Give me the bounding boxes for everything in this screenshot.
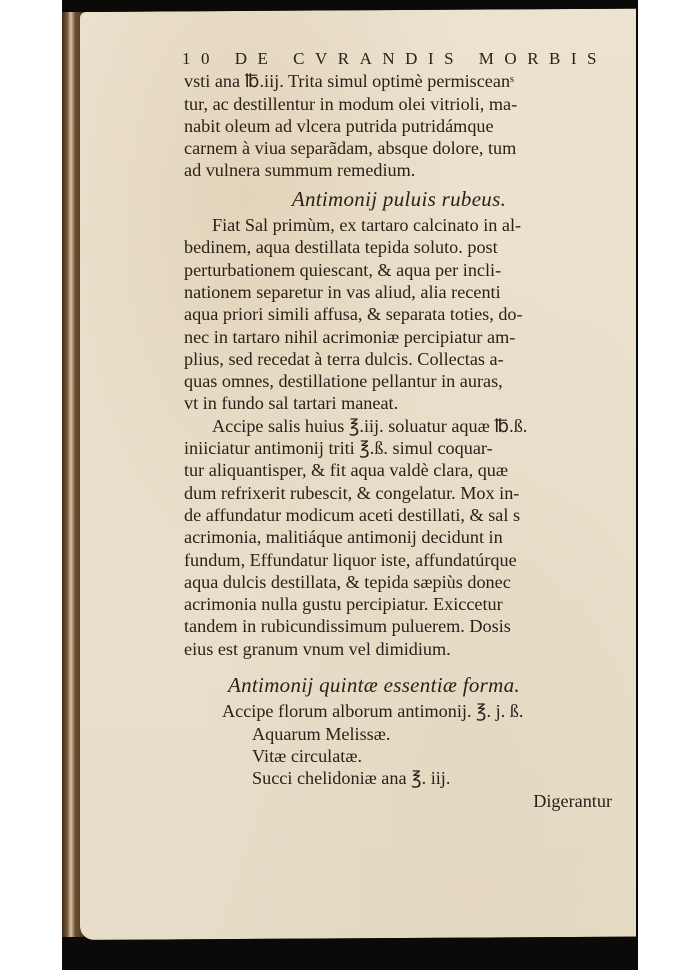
running-head-title: DE CVRANDIS MORBIS: [235, 49, 607, 68]
page-number: 10: [182, 49, 220, 68]
section-heading: Antimonij quintæ essentiæ forma.: [184, 674, 614, 696]
text-line: iniiciatur antimonij triti ℥.ß. simul co…: [184, 437, 614, 459]
paragraph-3: Accipe salis huius ℥.iij. soluatur aquæ …: [184, 415, 614, 660]
text-line: tandem in rubicundissimum puluerem. Dosi…: [184, 615, 614, 637]
text-line: de affundatur modicum aceti destillati, …: [184, 504, 614, 526]
text-line: Fiat Sal primùm, ex tartaro calcinato in…: [184, 214, 614, 236]
catchword: Digerantur: [184, 790, 614, 812]
text-line: dum refrixerit rubescit, & congelatur. M…: [184, 482, 614, 504]
text-line: nec in tartaro nihil acrimoniæ percipiat…: [184, 326, 614, 348]
text-line: perturbationem quiescant, & aqua per inc…: [184, 259, 614, 281]
section-heading: Antimonij puluis rubeus.: [184, 188, 614, 210]
text-line: plius, sed recedat à terra dulcis. Colle…: [184, 348, 614, 370]
text-line: tur, ac destillentur in modum olei vitri…: [184, 93, 614, 115]
text-line: acrimonia nulla gustu percipiatur. Exicc…: [184, 593, 614, 615]
text-line: acrimonia, malitiáque antimonij decidunt…: [184, 526, 614, 548]
recipe-first-line: Accipe florum alborum antimonij. ℥. j. ß…: [184, 700, 614, 722]
recipe: Accipe florum alborum antimonij. ℥. j. ß…: [184, 700, 614, 811]
text-line: vt in fundo sal tartari maneat.: [184, 392, 614, 414]
text-line: carnem à viua separãdam, absque dolore, …: [184, 137, 614, 159]
paragraph-1: vsti ana ℔.iij. Trita simul optimè permi…: [184, 70, 614, 181]
text-line: aqua dulcis destillata, & tepida sæpiùs …: [184, 571, 614, 593]
text-line: nationem separetur in vas aliud, alia re…: [184, 281, 614, 303]
text-line: nabit oleum ad vlcera putrida putridámqu…: [184, 115, 614, 137]
paragraph-2: Fiat Sal primùm, ex tartaro calcinato in…: [184, 214, 614, 415]
text-line: quas omnes, destillatione pellantur in a…: [184, 370, 614, 392]
text-line: bedinem, aqua destillata tepida soluto. …: [184, 236, 614, 258]
text-line: Accipe salis huius ℥.iij. soluatur aquæ …: [184, 415, 614, 437]
text-line: vsti ana ℔.iij. Trita simul optimè permi…: [184, 70, 614, 92]
recipe-item: Vitæ circulatæ.: [184, 745, 614, 767]
page-text: 10 DE CVRANDIS MORBIS vsti ana ℔.iij. Tr…: [184, 48, 614, 812]
text-line: eius est granum vnum vel dimidium.: [184, 638, 614, 660]
text-line: ad vulnera summum remedium.: [184, 159, 614, 181]
recipe-item: Aquarum Melissæ.: [184, 723, 614, 745]
recipe-item: Succi chelidoniæ ana ℥. iij.: [184, 767, 614, 789]
text-line: tur aliquantisper, & fit aqua valdè clar…: [184, 459, 614, 481]
text-line: fundum, Effundatur liquor iste, affundat…: [184, 549, 614, 571]
text-line: aqua priori simili affusa, & separata to…: [184, 303, 614, 325]
running-head: 10 DE CVRANDIS MORBIS: [182, 48, 614, 70]
